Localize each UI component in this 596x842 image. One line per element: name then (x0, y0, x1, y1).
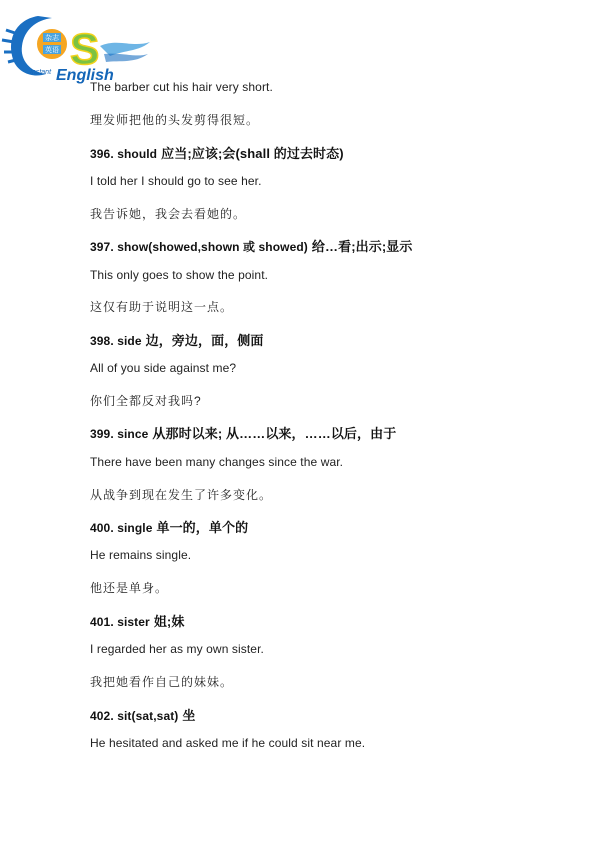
vocab-entry-397: 397. show(showed,shown 或 showed)给…看;出示;显… (90, 236, 412, 255)
example-sentence-zh: 我把她看作自己的妹妹。 (90, 673, 233, 690)
example-sentence-zh: 我告诉她，我会去看她的。 (90, 205, 246, 222)
svg-text:Instant: Instant (30, 69, 52, 76)
example-sentence-en: He remains single. (90, 548, 191, 562)
example-sentence-en: There have been many changes since the w… (90, 455, 343, 469)
vocab-meaning: 边，旁边，面，侧面 (146, 333, 264, 348)
example-sentence-en: I regarded her as my own sister. (90, 642, 264, 656)
example-sentence-en: He hesitated and asked me if he could si… (90, 736, 365, 750)
vocab-word: 402. sit(sat,sat) (90, 709, 178, 723)
svg-text:英语: 英语 (45, 45, 59, 54)
vocab-meaning: 给…看;出示;显示 (312, 239, 413, 254)
example-sentence-en: This only goes to show the point. (90, 268, 268, 282)
vocab-entry-401: 401. sister姐;妹 (90, 611, 184, 630)
example-sentence-zh: 从战争到现在发生了许多变化。 (90, 486, 272, 503)
example-sentence-zh: 这仅有助于说明这一点。 (90, 298, 233, 315)
vocab-meaning: 坐 (182, 708, 195, 723)
vocab-meaning: 单一的，单个的 (156, 520, 248, 535)
svg-text:杂志: 杂志 (45, 33, 60, 42)
vocab-entry-398: 398. side边，旁边，面，侧面 (90, 330, 264, 349)
vocab-entry-400: 400. single单一的，单个的 (90, 517, 248, 536)
vocab-word: 401. sister (90, 615, 150, 629)
vocab-meaning: 从那时以来; 从……以来，……以后，由于 (152, 426, 396, 441)
vocab-word: 400. single (90, 521, 152, 535)
vocab-entry-399: 399. since从那时以来; 从……以来，……以后，由于 (90, 423, 396, 442)
vocab-entry-402: 402. sit(sat,sat)坐 (90, 705, 196, 724)
example-sentence-zh: 他还是单身。 (90, 579, 168, 596)
example-sentence-zh: 你们全都反对我吗? (90, 392, 202, 409)
example-sentence-en: The barber cut his hair very short. (90, 80, 273, 94)
vocab-word: 397. show(showed,shown 或 showed) (90, 240, 308, 254)
instant-english-logo: 杂志 英语 S Instant English (0, 8, 160, 86)
vocab-word: 399. since (90, 427, 148, 441)
vocab-word: 398. side (90, 334, 142, 348)
logo-graphic-icon: 杂志 英语 S Instant English (0, 8, 160, 86)
example-sentence-zh: 理发师把他的头发剪得很短。 (90, 111, 259, 128)
vocab-word: 396. should (90, 147, 157, 161)
vocab-meaning: 姐;妹 (154, 614, 185, 629)
vocab-meaning: 应当;应该;会(shall 的过去时态) (161, 146, 344, 161)
vocab-entry-396: 396. should应当;应该;会(shall 的过去时态) (90, 143, 344, 162)
example-sentence-en: I told her I should go to see her. (90, 174, 262, 188)
example-sentence-en: All of you side against me? (90, 361, 236, 375)
